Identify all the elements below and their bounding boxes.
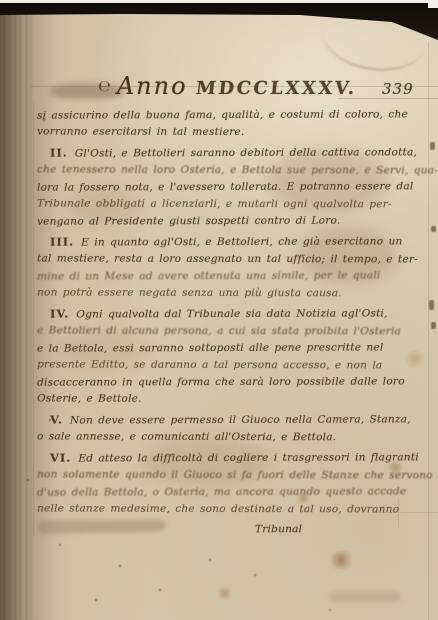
paper-speckles (0, 0, 438, 620)
manuscript-photo: ℮AnnoMDCCLXXXV. 339 si assicurino della … (0, 0, 438, 620)
